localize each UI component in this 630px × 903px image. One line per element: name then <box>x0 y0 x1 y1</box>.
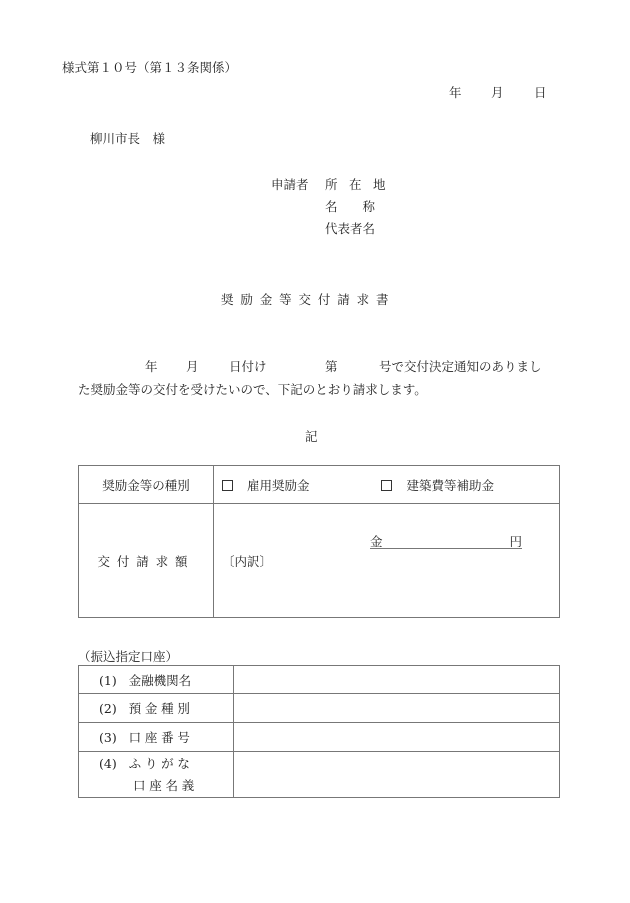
amount-prefix: 金 <box>370 532 383 550</box>
bank-name-label: (1) 金融機関名 <box>79 666 234 694</box>
body-year: 年 <box>145 357 158 375</box>
addressee: 柳川市長 様 <box>90 129 165 147</box>
amount-field[interactable]: 金 円 <box>370 532 522 549</box>
option-construction: 建築費等補助金 <box>406 478 494 493</box>
account-number-field[interactable] <box>234 723 560 752</box>
amount-label: 交付請求額 <box>79 504 214 618</box>
account-holder-field[interactable] <box>234 752 560 798</box>
bank-name-field[interactable] <box>234 666 560 694</box>
date-year: 年 <box>449 83 462 101</box>
name-label: 名 称 <box>325 197 375 215</box>
checkbox-employment[interactable] <box>222 480 233 491</box>
option-employment: 雇用奨励金 <box>247 478 310 493</box>
date-day: 日 <box>534 83 547 101</box>
body-day: 日付け <box>229 357 267 375</box>
deposit-type-field[interactable] <box>234 694 560 723</box>
deposit-type-label: (2) 預金種別 <box>79 694 234 723</box>
account-holder-label: (4) ふりがな 口座名義 <box>79 752 234 798</box>
body-line1-rest: 号で交付決定通知のありまし <box>379 357 542 375</box>
body-month: 月 <box>186 357 199 375</box>
type-label: 奨励金等の種別 <box>79 466 214 504</box>
amount-suffix: 円 <box>509 532 522 550</box>
type-options: 雇用奨励金 建築費等補助金 <box>214 466 560 504</box>
body-line2: た奨励金等の交付を受けたいので、下記のとおり請求します。 <box>78 380 427 398</box>
form-number: 様式第１０号（第１３条関係） <box>62 58 237 76</box>
ki-label: 記 <box>305 427 318 445</box>
account-number-label: (3) 口座番号 <box>79 723 234 752</box>
body-dai: 第 <box>325 357 338 375</box>
representative-label: 代表者名 <box>325 219 375 237</box>
breakdown-label: 〔内訳〕 <box>222 554 272 569</box>
applicant-label: 申請者 <box>271 175 309 193</box>
bank-heading: （振込指定口座） <box>78 647 178 665</box>
amount-cell[interactable]: 〔内訳〕 <box>214 504 560 618</box>
address-label: 所 在 地 <box>325 175 389 193</box>
document-title: 奨励金等交付請求書 <box>221 290 395 308</box>
date-month: 月 <box>491 83 504 101</box>
checkbox-construction[interactable] <box>381 480 392 491</box>
bank-table: (1) 金融機関名 (2) 預金種別 (3) 口座番号 (4) ふりがな 口座名… <box>78 665 560 798</box>
